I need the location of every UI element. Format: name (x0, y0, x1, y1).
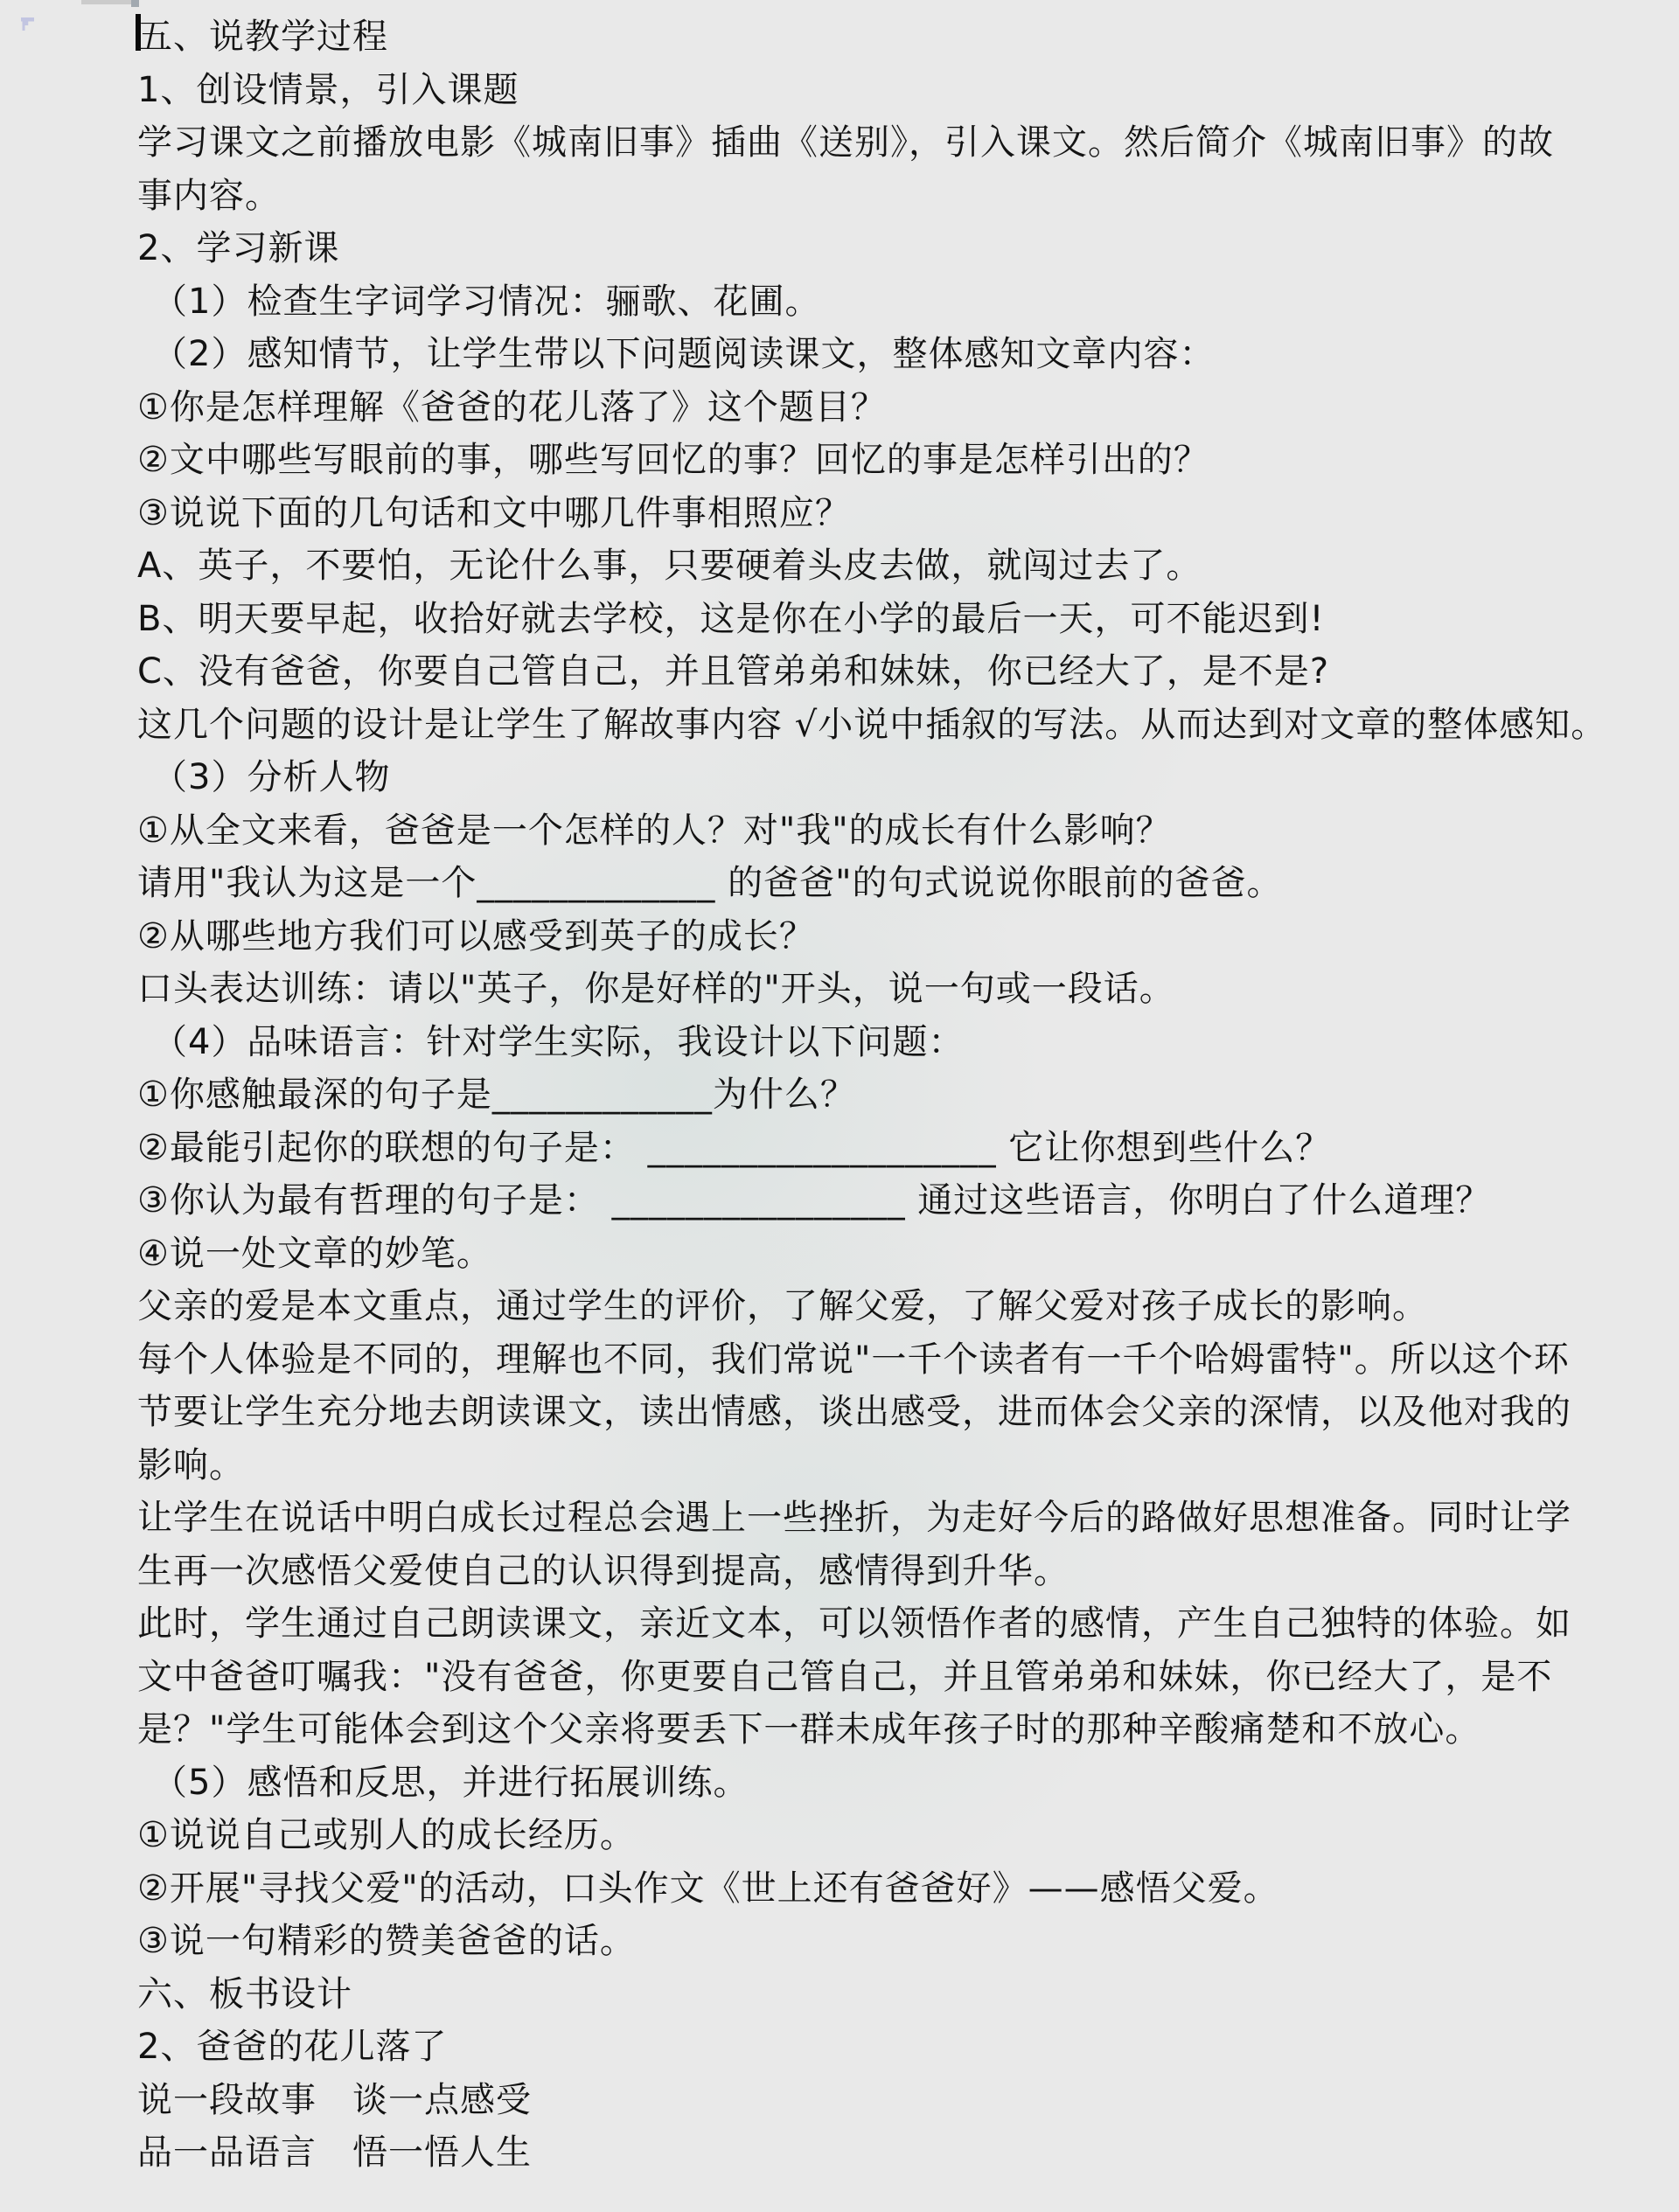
text-line: 生再一次感悟父爱使自己的认识得到提高，感情得到升华。 (137, 1545, 1641, 1598)
text-line: 事内容。 (137, 170, 1641, 223)
text-line: 节要让学生充分地去朗读课文，读出情感，谈出感受，进而体会父亲的深情，以及他对我的 (137, 1386, 1641, 1439)
text-line: ①从全文来看，爸爸是一个怎样的人？对"我"的成长有什么影响？ (137, 804, 1641, 858)
text-line: 学习课文之前播放电影《城南旧事》插曲《送别》，引入课文。然后简介《城南旧事》的故 (137, 116, 1641, 170)
text-line: （1）检查生字词学习情况：骊歌、花圃。 (137, 275, 1641, 329)
document-body: 五、说教学过程 1、创设情景，引入课题 学习课文之前播放电影《城南旧事》插曲《送… (137, 10, 1641, 2180)
document-page: 五、说教学过程 1、创设情景，引入课题 学习课文之前播放电影《城南旧事》插曲《送… (0, 0, 1679, 2212)
section-heading: 六、板书设计 (137, 1968, 1641, 2021)
cursor-artifact-icon (21, 17, 34, 31)
text-line: （3）分析人物 (137, 751, 1641, 804)
text-line: 说一段故事 谈一点感受 (137, 2074, 1641, 2127)
page-top-artifact-bar (81, 0, 132, 4)
text-line: 父亲的爱是本文重点，通过学生的评价，了解父爱，了解父爱对孩子成长的影响。 (137, 1280, 1641, 1333)
text-line: ①说说自己或别人的成长经历。 (137, 1809, 1641, 1862)
text-line: ③你认为最有哲理的句子是： ________________ 通过这些语言，你明… (137, 1174, 1641, 1228)
text-line: 是？"学生可能体会到这个父亲将要丢下一群未成年孩子时的那种辛酸痛楚和不放心。 (137, 1703, 1641, 1756)
text-line: （4）品味语言：针对学生实际，我设计以下问题： (137, 1016, 1641, 1069)
text-line: ②文中哪些写眼前的事，哪些写回忆的事？回忆的事是怎样引出的？ (137, 434, 1641, 487)
text-line: 2、学习新课 (137, 222, 1641, 275)
text-line: ②最能引起你的联想的句子是： ___________________ 它让你想到… (137, 1122, 1641, 1175)
text-line: ③说一句精彩的赞美爸爸的话。 (137, 1915, 1641, 1968)
page-top-artifact-tip (131, 0, 139, 7)
text-line: ①你是怎样理解《爸爸的花儿落了》这个题目？ (137, 381, 1641, 435)
text-line: ①你感触最深的句子是____________为什么？ (137, 1068, 1641, 1122)
text-line: （2）感知情节，让学生带以下问题阅读课文，整体感知文章内容： (137, 328, 1641, 381)
text-line: ④说一处文章的妙笔。 (137, 1228, 1641, 1281)
text-line: A、英子，不要怕，无论什么事，只要硬着头皮去做，就闯过去了。 (137, 539, 1641, 593)
text-line: ②开展"寻找父爱"的活动，口头作文《世上还有爸爸好》——感悟父爱。 (137, 1862, 1641, 1916)
text-line: 每个人体验是不同的，理解也不同，我们常说"一千个读者有一千个哈姆雷特"。所以这个… (137, 1333, 1641, 1387)
text-line: 品一品语言 悟一悟人生 (137, 2126, 1641, 2180)
text-line: 2、爸爸的花儿落了 (137, 2021, 1641, 2074)
text-line: 1、创设情景，引入课题 (137, 64, 1641, 117)
text-line: 文中爸爸叮嘱我："没有爸爸，你更要自己管自己，并且管弟弟和妹妹，你已经大了，是不 (137, 1651, 1641, 1704)
text-line: C、没有爸爸，你要自己管自己，并且管弟弟和妹妹，你已经大了，是不是? (137, 645, 1641, 699)
text-line: ③说说下面的几句话和文中哪几件事相照应？ (137, 487, 1641, 540)
text-line: B、明天要早起，收拾好就去学校，这是你在小学的最后一天，可不能迟到! (137, 593, 1641, 646)
text-line: （5）感悟和反思，并进行拓展训练。 (137, 1756, 1641, 1810)
section-heading: 五、说教学过程 (137, 10, 1641, 64)
text-line: 请用"我认为这是一个_____________ 的爸爸"的句式说说你眼前的爸爸。 (137, 857, 1641, 910)
text-line: 口头表达训练：请以"英子，你是好样的"开头，说一句或一段话。 (137, 963, 1641, 1016)
text-line: 这几个问题的设计是让学生了解故事内容 √小说中插叙的写法。从而达到对文章的整体感… (137, 699, 1641, 752)
text-line: 影响。 (137, 1439, 1641, 1492)
text-line: 让学生在说话中明白成长过程总会遇上一些挫折，为走好今后的路做好思想准备。同时让学 (137, 1492, 1641, 1545)
text-line: ②从哪些地方我们可以感受到英子的成长？ (137, 910, 1641, 963)
text-line: 此时，学生通过自己朗读课文，亲近文本，可以领悟作者的感情，产生自己独特的体验。如 (137, 1597, 1641, 1651)
